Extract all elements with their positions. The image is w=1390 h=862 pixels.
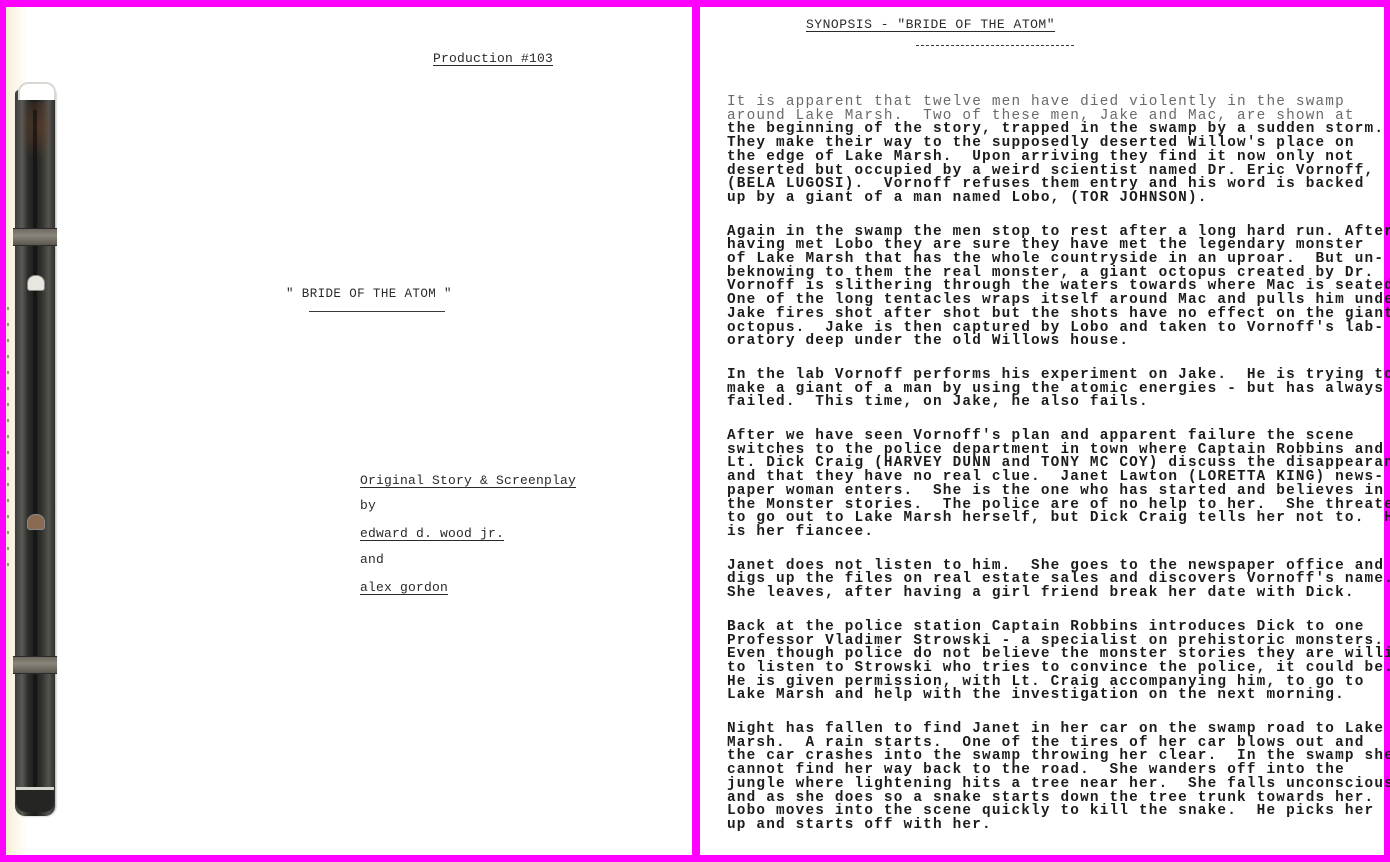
synopsis-paragraph: Janet does not listen to him. She goes t…: [727, 560, 1387, 601]
credits-author-2: alex gordon: [360, 580, 448, 595]
synopsis-line: She leaves, after having a girl friend b…: [727, 587, 1377, 601]
binder-bottom-clip: [16, 787, 54, 812]
synopsis-heading-rule: [916, 45, 1074, 46]
title-page: Production #103 " BRIDE OF THE ATOM " Or…: [6, 7, 692, 855]
synopsis-paragraph: Back at the police station Captain Robbi…: [727, 621, 1387, 703]
binder-latch-lower: [27, 514, 45, 530]
binder-band-lower: [13, 656, 57, 674]
synopsis-paragraph: Again in the swamp the men stop to rest …: [727, 226, 1387, 349]
synopsis-page: SYNOPSIS - "BRIDE OF THE ATOM" It is app…: [700, 7, 1384, 855]
synopsis-line: up and starts off with her.: [727, 819, 1377, 833]
synopsis-paragraph: Night has fallen to find Janet in her ca…: [727, 723, 1387, 833]
synopsis-paragraph: It is apparent that twelve men have died…: [727, 96, 1387, 206]
binder-latch-upper: [27, 275, 45, 291]
synopsis-line: failed. This time, on Jake, he also fail…: [727, 396, 1377, 410]
credits-and: and: [360, 552, 384, 567]
synopsis-line: is her fiancee.: [727, 526, 1377, 540]
synopsis-paragraph: After we have seen Vornoff's plan and ap…: [727, 430, 1387, 540]
binder-band-upper: [13, 228, 57, 246]
synopsis-line: Lake Marsh and help with the investigati…: [727, 689, 1377, 703]
credits-by: by: [360, 498, 376, 513]
production-number: Production #103: [433, 51, 553, 66]
synopsis-heading: SYNOPSIS - "BRIDE OF THE ATOM": [806, 17, 1055, 32]
binder-clip: [15, 90, 55, 816]
synopsis-line: oratory deep under the old Willows house…: [727, 335, 1377, 349]
synopsis-line: up by a giant of a man named Lobo, (TOR …: [727, 192, 1377, 206]
synopsis-paragraph: In the lab Vornoff performs his experime…: [727, 369, 1387, 410]
script-title: " BRIDE OF THE ATOM ": [286, 287, 452, 301]
punch-holes: [7, 307, 9, 567]
synopsis-body: It is apparent that twelve men have died…: [727, 96, 1387, 853]
binder-ring-top: [18, 82, 56, 100]
credits-heading: Original Story & Screenplay: [360, 473, 576, 488]
credits-author-1: edward d. wood jr.: [360, 526, 504, 541]
title-underline: [309, 311, 445, 312]
binder-slot: [33, 110, 37, 800]
